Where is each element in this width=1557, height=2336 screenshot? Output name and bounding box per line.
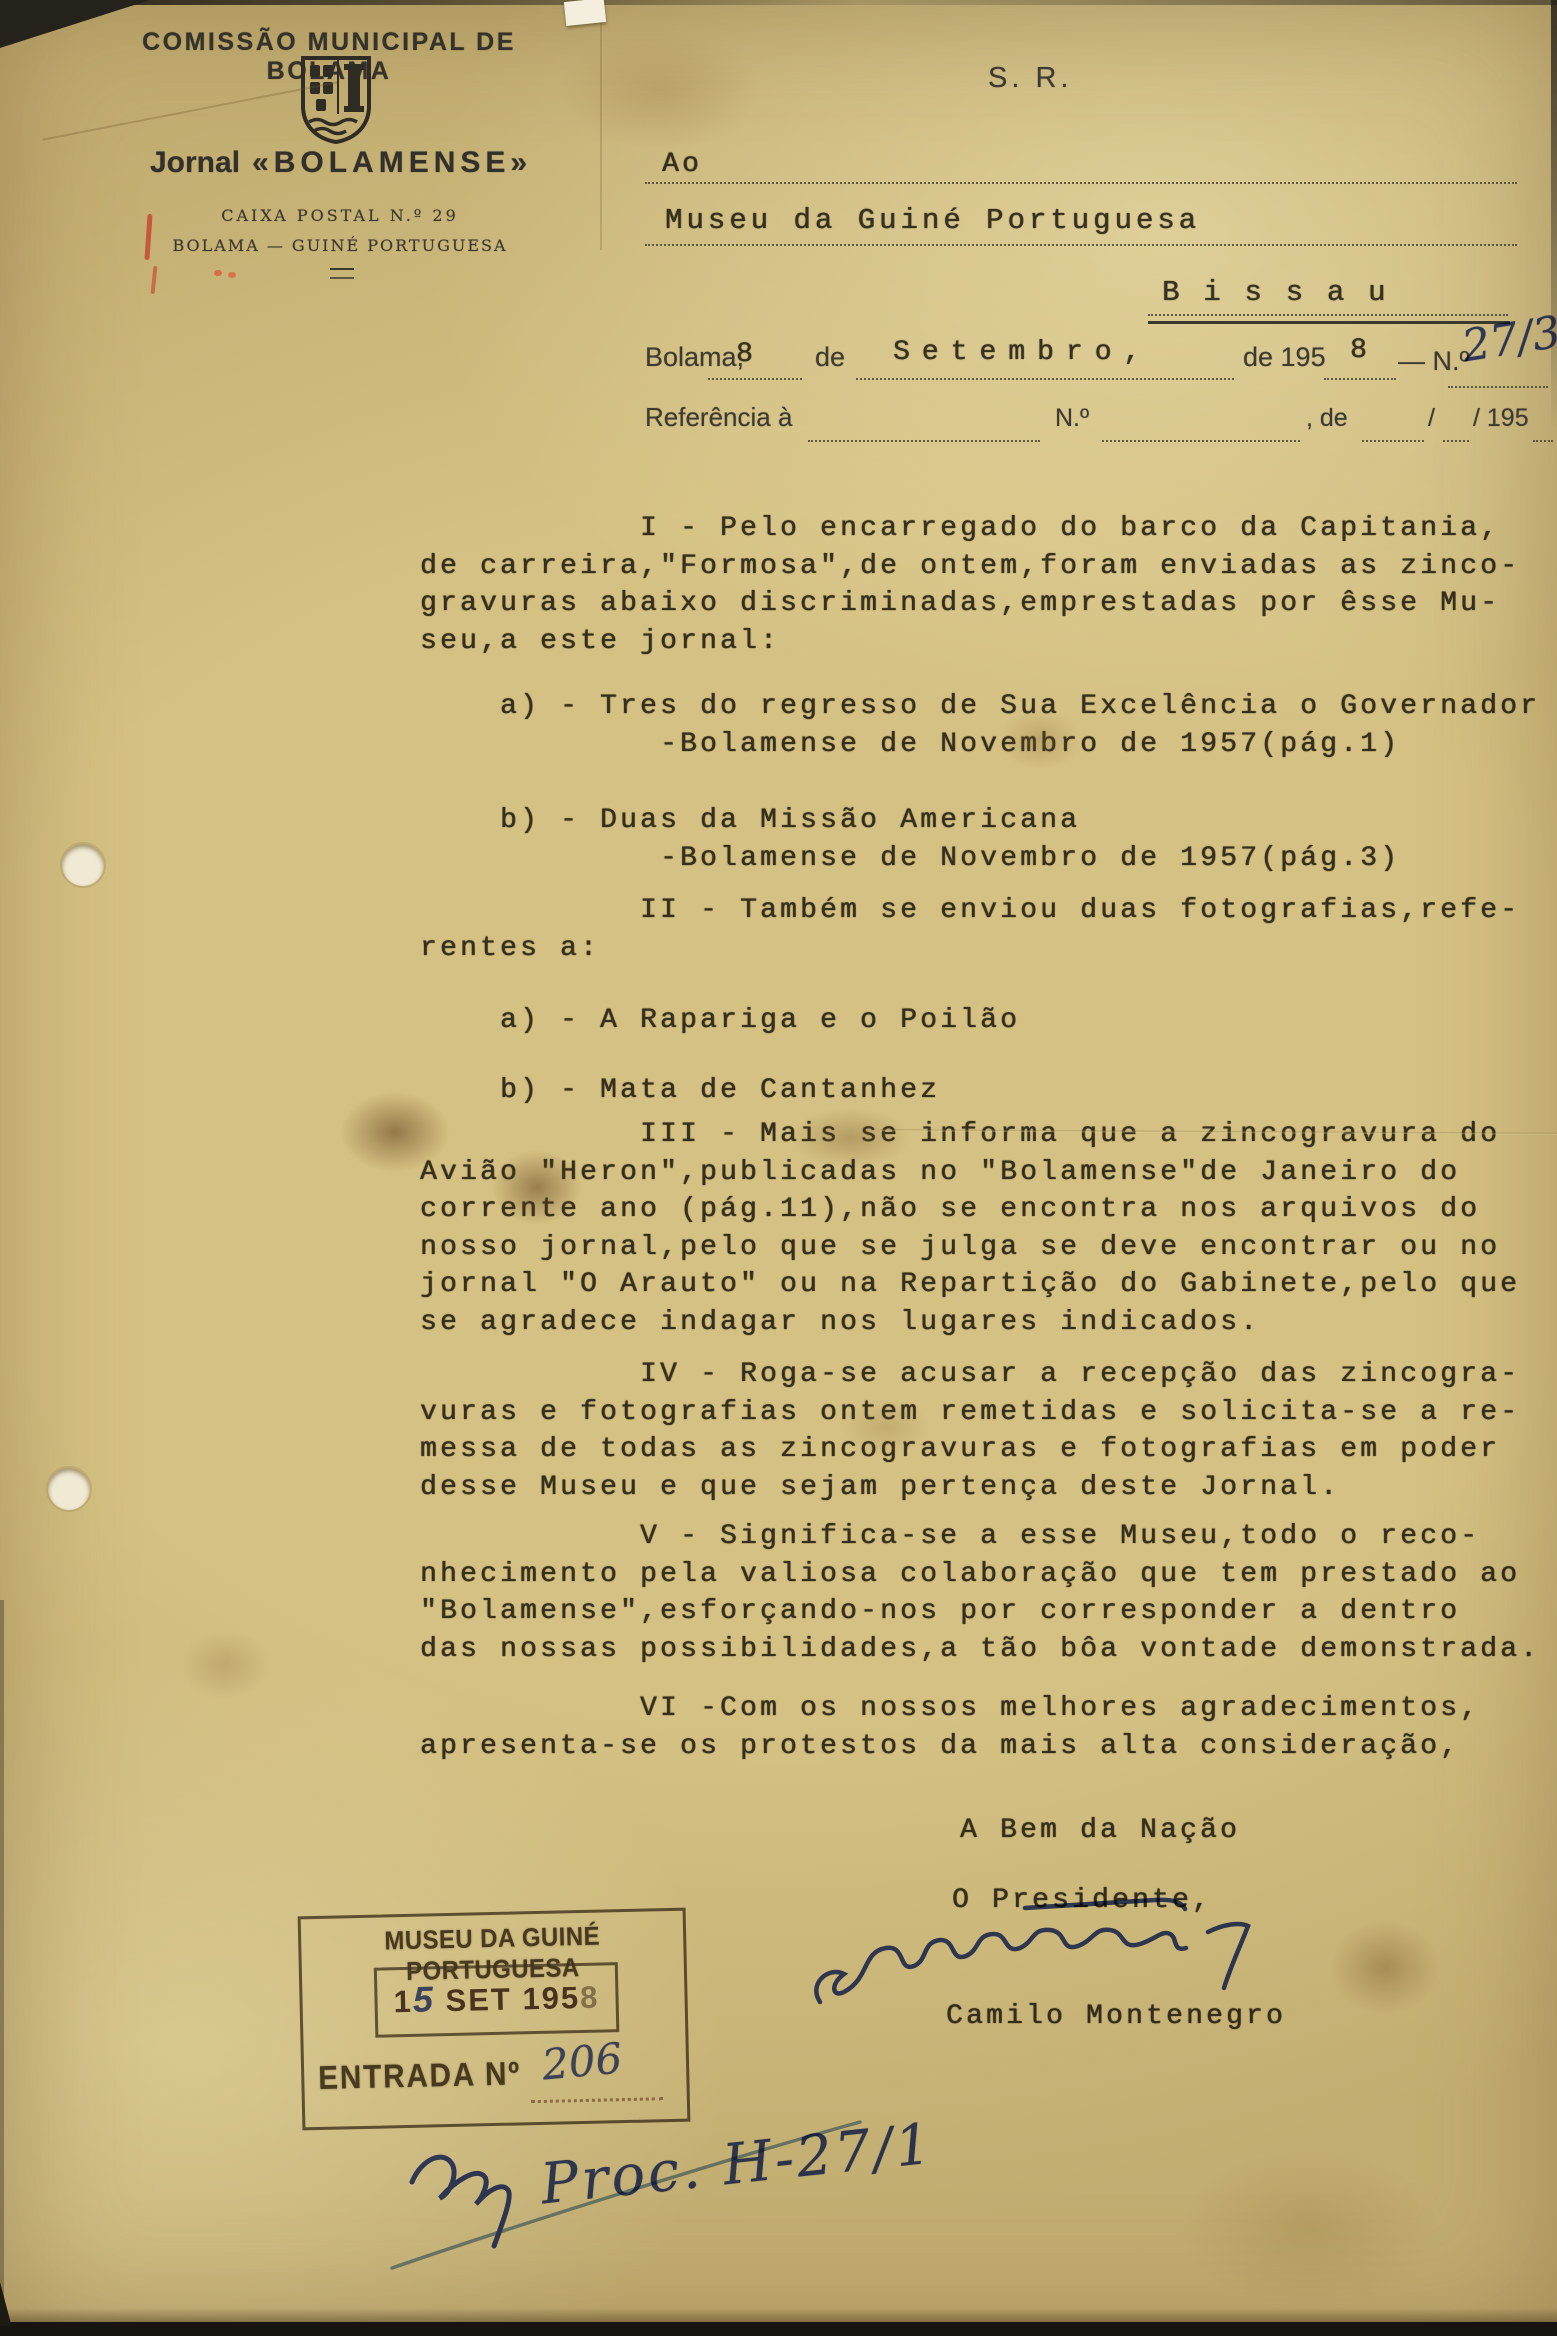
city-dotted-line (1148, 314, 1508, 316)
scan-edge-top (0, 0, 1557, 5)
date-day-dotline (708, 378, 802, 380)
recipient-line: Museu da Guiné Portuguesa (665, 202, 1200, 240)
scan-bottom-shadow (0, 2308, 1557, 2322)
museum-entry-stamp: MUSEU DA GUINÉ PORTUGUESA 15 SET 1958 EN… (298, 1908, 691, 2131)
letterhead-divider (330, 268, 354, 279)
city-underline (1148, 321, 1510, 324)
journal-title-name: «BOLAMENSE» (252, 146, 532, 179)
body-paragraph-3: III - Mais se informa que a zincogravura… (420, 1116, 1520, 1341)
red-pencil-mark (151, 266, 158, 294)
body-item-2b: b) - Mata de Cantanhez (420, 1072, 940, 1110)
stamp-date: 15 SET 1958 (377, 1965, 616, 2032)
stamp-date-digit1: 1 (393, 1984, 413, 2019)
paper-stain (560, 30, 760, 150)
date-year-label: de 195 (1243, 342, 1326, 373)
red-pencil-dot (214, 270, 222, 276)
date-number-label: — N.º (1398, 346, 1469, 377)
journal-title: Jornal«BOLAMENSE» (150, 146, 530, 180)
scanned-letter-page: COMISSÃO MUNICIPAL DE BOLAMA Jornal«BOLA… (0, 0, 1557, 2336)
paper-crease-diagonal (43, 81, 338, 140)
date-month-dotline (856, 378, 1234, 380)
punch-hole-top (62, 844, 104, 886)
reference-dotline-3 (1362, 440, 1424, 442)
reference-num-label: N.º (1055, 404, 1089, 433)
to-label: Ao (662, 146, 702, 184)
body-item-1b: b) - Duas da Missão Americana -Bolamense… (420, 802, 1400, 877)
punch-hole-bottom (48, 1468, 90, 1510)
date-place-label: Bolama, (645, 342, 744, 373)
letterhead-location: BOLAMA — GUINÉ PORTUGUESA (130, 236, 550, 255)
document-number-handwritten: 27/3 (1459, 307, 1557, 373)
date-year-digit: 8 (1350, 332, 1370, 370)
reference-dotline-1 (808, 440, 1040, 442)
date-month-value: Setembro, (893, 334, 1152, 372)
journal-title-prefix: Jornal (150, 146, 240, 179)
stamp-date-digit2-handwritten: 5 (412, 1978, 435, 2019)
stamp-entry-dotline (531, 2097, 663, 2103)
reference-label: Referência à (645, 402, 792, 433)
sr-marking: S. R. (988, 62, 1072, 95)
city-line: B i s s a u (1162, 274, 1389, 312)
paper-stain (1330, 1920, 1440, 2015)
body-paragraph-2: II - Também se enviou duas fotografias,r… (420, 892, 1520, 967)
scan-edge-right (1551, 0, 1557, 430)
closing-motto: A Bem da Nação (960, 1812, 1240, 1850)
date-year-dotline (1324, 378, 1396, 380)
municipal-crest-icon (296, 54, 376, 146)
date-de1-label: de (815, 342, 845, 373)
reference-dotline-2 (1102, 440, 1300, 442)
reference-slash-1: / (1428, 404, 1435, 433)
stamp-entry-label: ENTRADA Nº (318, 2054, 521, 2097)
stamp-entry-number-handwritten: 206 (540, 2033, 624, 2089)
process-annotation: Proc. H-27/1 (390, 2106, 1010, 2296)
recipient-dotted-line (645, 244, 1517, 246)
po-box-line: CAIXA POSTAL N.º 29 (150, 206, 530, 225)
body-paragraph-1: I - Pelo encarregado do barco da Capitan… (420, 510, 1520, 660)
signatory-name: Camilo Montenegro (946, 1998, 1286, 2036)
date-day-value: 8 (736, 336, 756, 374)
paper-stain (1180, 2150, 1440, 2310)
scan-edge-bottom (0, 2322, 1557, 2336)
body-item-1a: a) - Tres do regresso de Sua Excelência … (420, 688, 1540, 763)
body-item-2a: a) - A Rapariga e o Poilão (420, 1002, 1020, 1040)
stamp-date-monthyear: SET 195 (435, 1980, 581, 2018)
body-paragraph-6: VI -Com os nossos melhores agradecimento… (420, 1690, 1480, 1765)
reference-dotline-5 (1533, 440, 1553, 442)
stamp-date-lastdigit: 8 (580, 1980, 600, 2015)
reference-slash-2: / 195 (1473, 404, 1529, 433)
to-dotted-line (645, 182, 1517, 184)
paper-crease-vertical (600, 0, 602, 250)
body-paragraph-5: V - Significa-se a esse Museu,todo o rec… (420, 1518, 1540, 1668)
stamp-date-box: 15 SET 1958 (374, 1962, 620, 2038)
red-pencil-dot (228, 272, 236, 278)
reference-de-label: , de (1306, 404, 1348, 433)
paper-tear-notch (564, 0, 606, 26)
body-paragraph-4: IV - Roga-se acusar a recepção das zinco… (420, 1356, 1520, 1506)
date-number-dotline (1448, 386, 1548, 388)
scan-edge-left (0, 1600, 4, 2336)
reference-dotline-4 (1443, 440, 1469, 442)
paper-stain (180, 1630, 270, 1700)
